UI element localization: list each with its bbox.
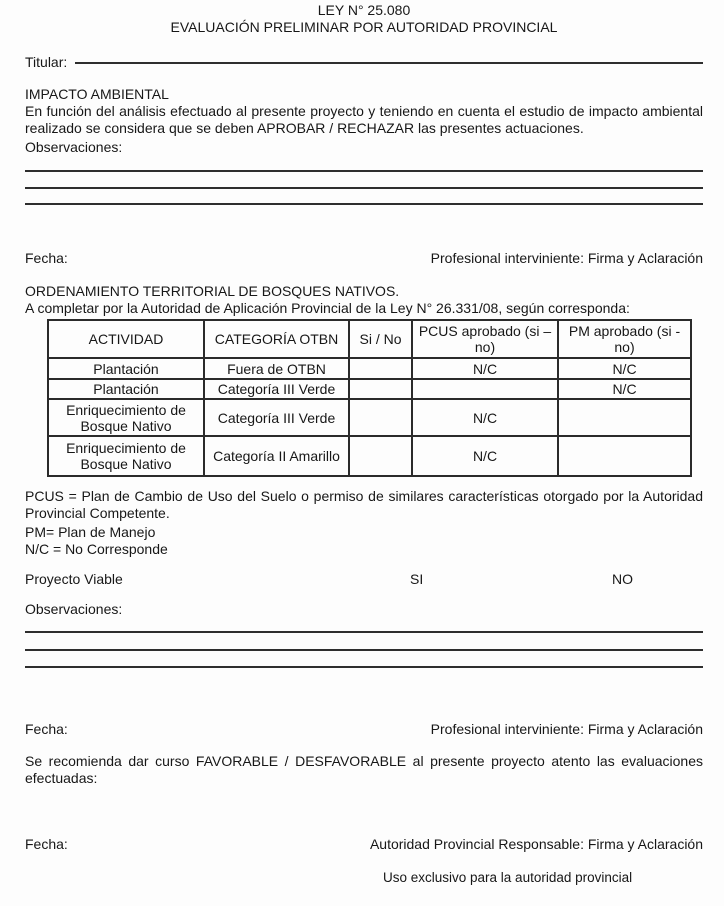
cell-pcus: N/C xyxy=(412,358,558,379)
cell-categoria: Categoría III Verde xyxy=(204,399,349,436)
col-header-categoria-otbn: CATEGORÍA OTBN xyxy=(204,320,349,358)
ruled-line xyxy=(25,649,703,651)
cell-categoria: Fuera de OTBN xyxy=(204,358,349,379)
titular-field: Titular: xyxy=(25,54,703,70)
signature-row-3: Fecha: Autoridad Provincial Responsable:… xyxy=(25,836,703,852)
cell-actividad: Plantación xyxy=(48,379,204,399)
cell-si-no xyxy=(349,436,412,476)
cell-si-no xyxy=(349,379,412,399)
titular-blank-line xyxy=(75,62,703,64)
titular-label: Titular: xyxy=(25,54,67,70)
fecha-label: Fecha: xyxy=(25,836,68,852)
signature-row-1: Fecha: Profesional interviniente: Firma … xyxy=(25,250,703,266)
table-header-row: ACTIVIDAD CATEGORÍA OTBN Si / No PCUS ap… xyxy=(48,320,691,358)
footer-note: Uso exclusivo para la autoridad provinci… xyxy=(383,870,632,885)
cell-pcus xyxy=(412,379,558,399)
form-title: EVALUACIÓN PRELIMINAR POR AUTORIDAD PROV… xyxy=(25,19,703,35)
observaciones-label: Observaciones: xyxy=(25,139,703,155)
table-row: Plantación Fuera de OTBN N/C N/C xyxy=(48,358,691,379)
fecha-label: Fecha: xyxy=(25,250,68,266)
fecha-label: Fecha: xyxy=(25,721,68,737)
cell-si-no xyxy=(349,358,412,379)
ruled-line xyxy=(25,170,703,172)
legend-pm: PM= Plan de Manejo xyxy=(25,524,703,540)
otbn-heading: ORDENAMIENTO TERRITORIAL DE BOSQUES NATI… xyxy=(25,283,703,299)
observaciones-label: Observaciones: xyxy=(25,601,703,617)
cell-si-no xyxy=(349,399,412,436)
autoridad-signature-label: Autoridad Provincial Responsable: Firma … xyxy=(370,836,703,852)
table-row: Plantación Categoría III Verde N/C xyxy=(48,379,691,399)
law-number: LEY N° 25.080 xyxy=(25,2,703,18)
ruled-line xyxy=(25,631,703,633)
viable-si-option: SI xyxy=(410,571,423,587)
col-header-actividad: ACTIVIDAD xyxy=(48,320,204,358)
profesional-signature-label: Profesional interviniente: Firma y Aclar… xyxy=(431,721,703,737)
legend-pcus: PCUS = Plan de Cambio de Uso del Suelo o… xyxy=(25,488,703,522)
cell-actividad: Plantación xyxy=(48,358,204,379)
legend-nc: N/C = No Corresponde xyxy=(25,541,703,557)
cell-pm: N/C xyxy=(558,358,691,379)
cell-pcus: N/C xyxy=(412,399,558,436)
impacto-body: En función del análisis efectuado al pre… xyxy=(25,103,703,137)
viable-no-option: NO xyxy=(612,571,633,587)
scanned-form-page: { "doc": { "law_number": "LEY N° 25.080"… xyxy=(0,0,724,906)
otbn-table: ACTIVIDAD CATEGORÍA OTBN Si / No PCUS ap… xyxy=(47,319,692,477)
ruled-line xyxy=(25,666,703,668)
table-row: Enriquecimiento de Bosque Nativo Categor… xyxy=(48,399,691,436)
table-row: Enriquecimiento de Bosque Nativo Categor… xyxy=(48,436,691,476)
signature-row-2: Fecha: Profesional interviniente: Firma … xyxy=(25,721,703,737)
ruled-line xyxy=(25,187,703,189)
cell-pm xyxy=(558,436,691,476)
profesional-signature-label: Profesional interviniente: Firma y Aclar… xyxy=(431,250,703,266)
proyecto-viable-label: Proyecto Viable xyxy=(25,571,123,587)
cell-pm xyxy=(558,399,691,436)
viability-row: Proyecto Viable SI NO xyxy=(25,571,703,587)
cell-pcus: N/C xyxy=(412,436,558,476)
cell-categoria: Categoría III Verde xyxy=(204,379,349,399)
cell-pm: N/C xyxy=(558,379,691,399)
cell-categoria: Categoría II Amarillo xyxy=(204,436,349,476)
impacto-heading: IMPACTO AMBIENTAL xyxy=(25,86,703,102)
recommendation-text: Se recomienda dar curso FAVORABLE / DESF… xyxy=(25,753,703,787)
cell-actividad: Enriquecimiento de Bosque Nativo xyxy=(48,399,204,436)
col-header-pm-aprobado: PM aprobado (si - no) xyxy=(558,320,691,358)
cell-actividad: Enriquecimiento de Bosque Nativo xyxy=(48,436,204,476)
col-header-pcus-aprobado: PCUS aprobado (si – no) xyxy=(412,320,558,358)
ruled-line xyxy=(25,203,703,205)
otbn-instruction: A completar por la Autoridad de Aplicaci… xyxy=(25,300,703,316)
col-header-si-no: Si / No xyxy=(349,320,412,358)
